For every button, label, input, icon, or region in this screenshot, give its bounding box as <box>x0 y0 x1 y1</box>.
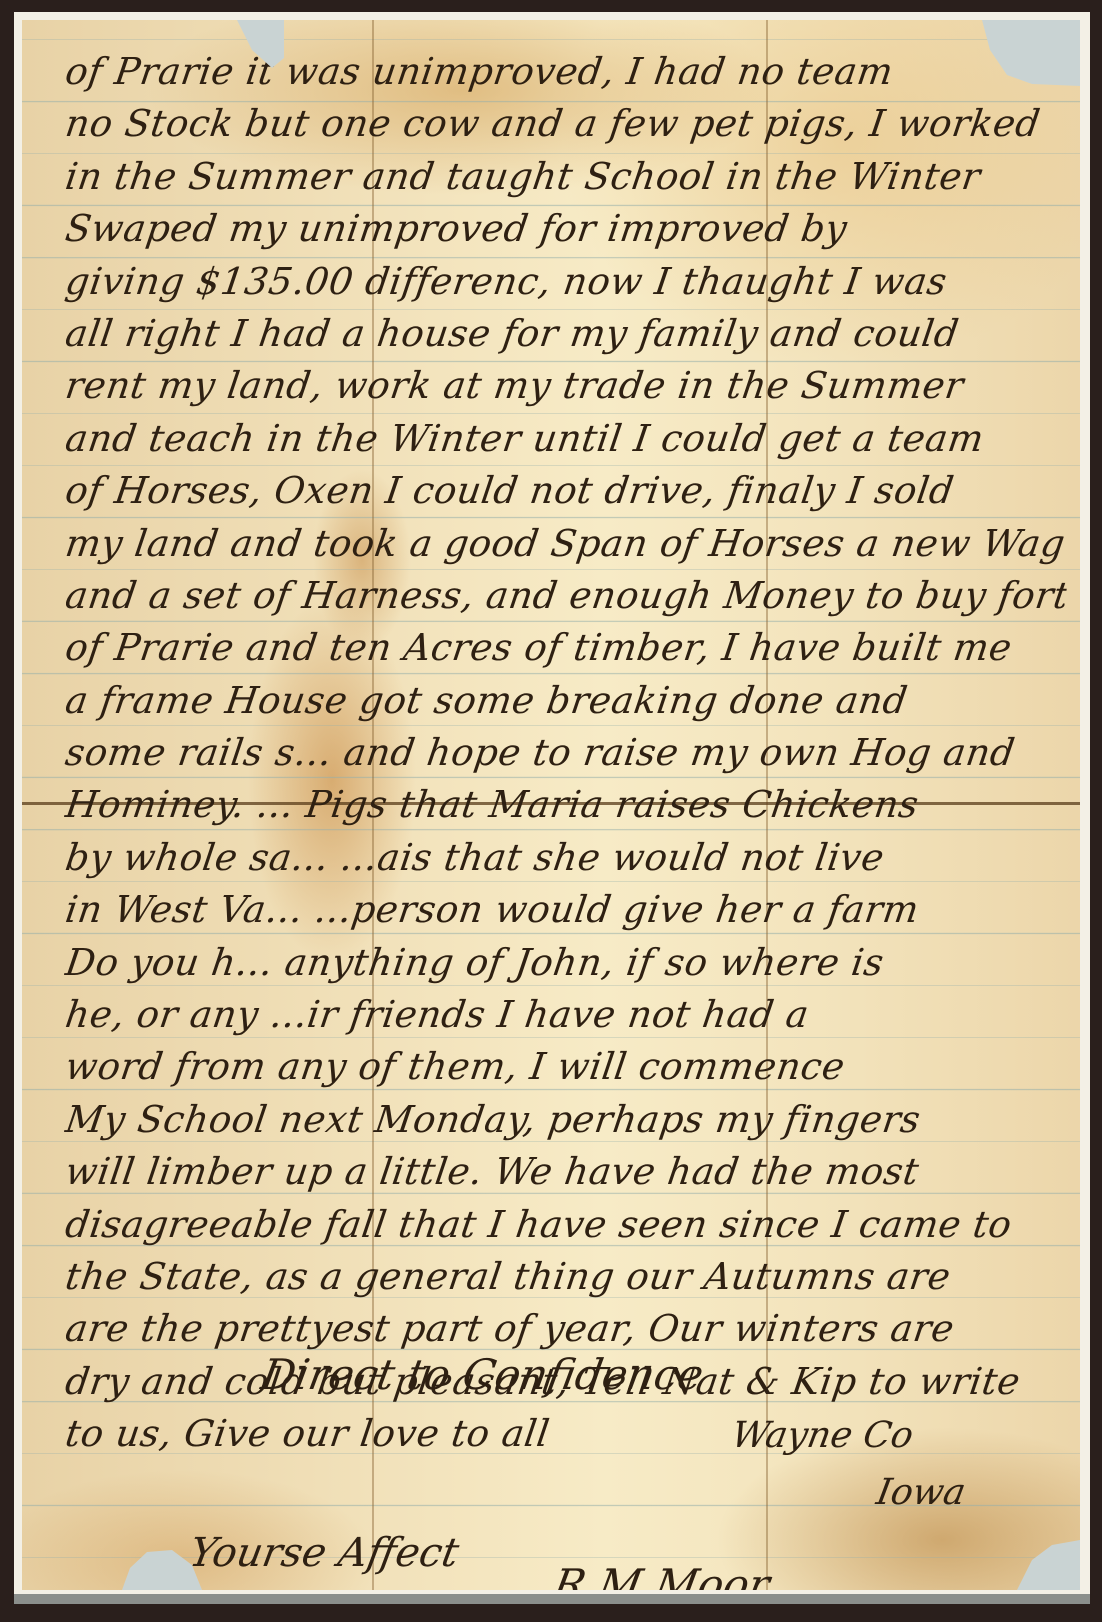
letter-line: in the Summer and taught School in the W… <box>62 151 1069 203</box>
letter-line: no Stock but one cow and a few pet pigs,… <box>62 98 1069 150</box>
letter-line: of Horses, Oxen I could not drive, final… <box>62 465 1069 517</box>
letter-line: of Prarie and ten Acres of timber, I hav… <box>62 622 1069 674</box>
frame-glass: of Prarie it was unimproved, I had no te… <box>22 20 1080 1590</box>
letter-line: my land and took a good Span of Horses a… <box>62 518 1069 570</box>
letter-line: giving $135.00 differenc, now I thaught … <box>62 256 1069 308</box>
valediction: Yourse Affect <box>186 1530 462 1576</box>
letter-line: of Prarie it was unimproved, I had no te… <box>62 46 1069 98</box>
letter-line: My School next Monday, perhaps my finger… <box>62 1094 1069 1146</box>
letter-line: and teach in the Winter until I could ge… <box>62 413 1069 465</box>
letter-line: rent my land, work at my trade in the Su… <box>62 360 1069 412</box>
letter-line: disagreeable fall that I have seen since… <box>62 1199 1069 1251</box>
letter-line: will limber up a little. We have had the… <box>62 1146 1069 1198</box>
letter-line: Swaped my unimproved for improved by <box>62 203 1069 255</box>
letter-line: by whole sa... ...ais that she would not… <box>62 832 1069 884</box>
letter-line: a frame House got some breaking done and <box>62 675 1069 727</box>
letter-line: in West Va... ...person would give her a… <box>62 884 1069 936</box>
letter-line: Hominey. ... Pigs that Maria raises Chic… <box>62 779 1069 831</box>
address-county: Wayne Co <box>728 1415 916 1456</box>
letter-line: and a set of Harness, and enough Money t… <box>62 570 1069 622</box>
address-state: Iowa <box>873 1472 968 1513</box>
letter-line: Do you h... anything of John, if so wher… <box>62 937 1069 989</box>
letter-line: are the prettyest part of year, Our wint… <box>62 1303 1069 1355</box>
letter-line: some rails s... and hope to raise my own… <box>62 727 1069 779</box>
letter-line: all right I had a house for my family an… <box>62 308 1069 360</box>
address-direct-to: Direct to Confidence <box>258 1350 708 1399</box>
letter-body: of Prarie it was unimproved, I had no te… <box>62 46 1062 1461</box>
letter-line: he, or any ...ir friends I have not had … <box>62 989 1069 1041</box>
letter-line: to us, Give our love to all <box>62 1408 1069 1460</box>
letter-line: the State, as a general thing our Autumn… <box>62 1251 1069 1303</box>
signature: R M Moor <box>550 1560 774 1590</box>
letter-line: word from any of them, I will commence <box>62 1041 1069 1093</box>
letter-paper: of Prarie it was unimproved, I had no te… <box>22 20 1080 1590</box>
